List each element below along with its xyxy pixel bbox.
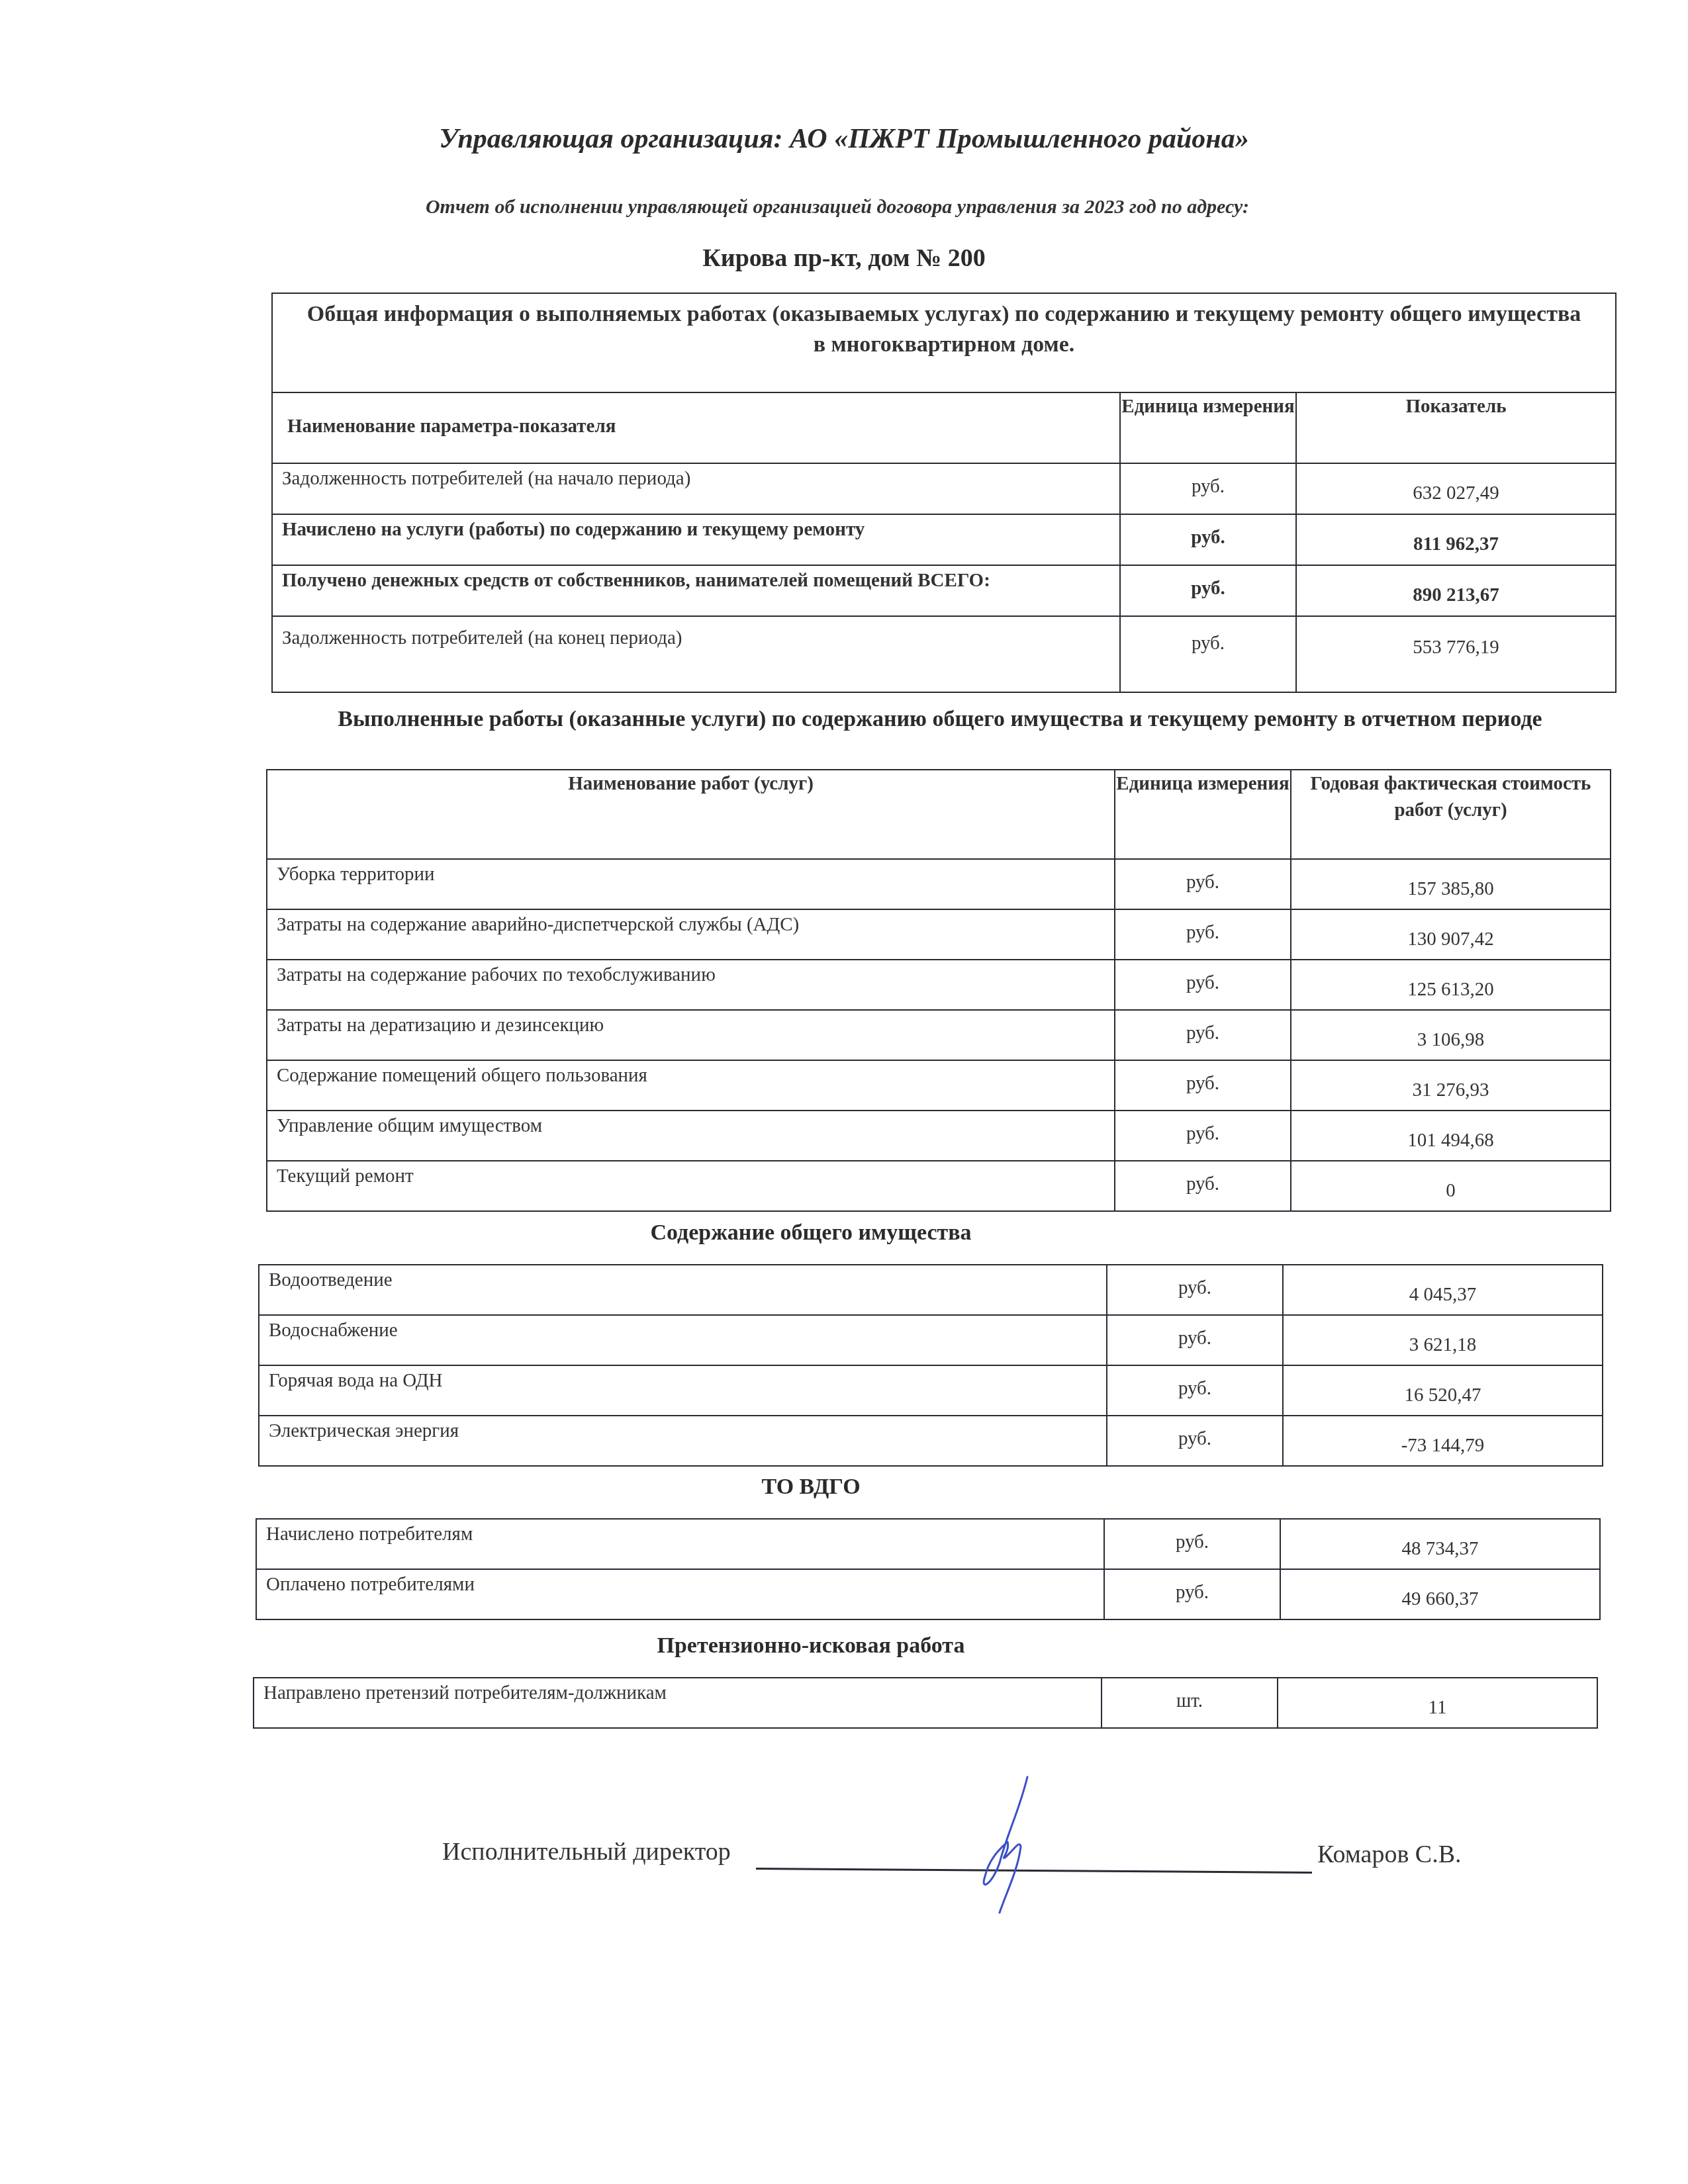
- row-value: 49 660,37: [1280, 1569, 1600, 1619]
- row-unit: руб.: [1115, 1111, 1291, 1161]
- row-name: Горячая вода на ОДН: [259, 1365, 1107, 1416]
- row-name: Текущий ремонт: [267, 1161, 1115, 1211]
- row-unit: руб.: [1107, 1265, 1283, 1315]
- row-value: 16 520,47: [1283, 1365, 1603, 1416]
- common-property-heading: Содержание общего имущества: [0, 1218, 1655, 1248]
- address: Кирова пр-кт, дом № 200: [0, 244, 1688, 273]
- row-name: Начислено на услуги (работы) по содержан…: [272, 514, 1120, 565]
- row-value: 3 621,18: [1283, 1315, 1603, 1365]
- row-name: Начислено потребителям: [256, 1519, 1104, 1569]
- claims-table: Направлено претензий потребителям-должни…: [253, 1677, 1598, 1729]
- general-info-table: Общая информация о выполняемых работах (…: [271, 293, 1617, 693]
- signatory-position: Исполнительный директор: [442, 1837, 731, 1866]
- claims-heading: Претензионно-исковая работа: [0, 1631, 1655, 1661]
- row-unit: руб.: [1115, 960, 1291, 1010]
- handwritten-signature-icon: [953, 1770, 1059, 1916]
- table-row: Уборка территории руб. 157 385,80: [267, 859, 1611, 909]
- table-row: Управление общим имуществом руб. 101 494…: [267, 1111, 1611, 1161]
- table-row: Затраты на содержание аварийно-диспетчер…: [267, 909, 1611, 960]
- column-header-parameter: Наименование параметра-показателя: [272, 392, 1120, 463]
- row-unit: руб.: [1115, 859, 1291, 909]
- row-unit: руб.: [1107, 1365, 1283, 1416]
- row-value: 48 734,37: [1280, 1519, 1600, 1569]
- row-name: Затраты на дератизацию и дезинсекцию: [267, 1010, 1115, 1060]
- vdgo-table: Начислено потребителям руб. 48 734,37 Оп…: [256, 1518, 1601, 1620]
- table-row: Электрическая энергия руб. -73 144,79: [259, 1416, 1603, 1466]
- row-name: Содержание помещений общего пользования: [267, 1060, 1115, 1111]
- row-value: 101 494,68: [1291, 1111, 1611, 1161]
- works-heading: Выполненные работы (оказанные услуги) по…: [311, 704, 1569, 735]
- column-header-unit: Единица измерения: [1115, 770, 1291, 859]
- row-value: 890 213,67: [1296, 565, 1616, 616]
- row-value: 31 276,93: [1291, 1060, 1611, 1111]
- row-unit: шт.: [1102, 1678, 1278, 1728]
- row-name: Задолженность потребителей (на конец пер…: [272, 616, 1120, 692]
- table-row: Задолженность потребителей (на начало пе…: [272, 463, 1616, 514]
- row-unit: руб.: [1120, 463, 1296, 514]
- column-header-indicator: Показатель: [1296, 392, 1616, 463]
- row-value: 130 907,42: [1291, 909, 1611, 960]
- row-name: Оплачено потребителями: [256, 1569, 1104, 1619]
- row-value: 4 045,37: [1283, 1265, 1603, 1315]
- column-header-annual-cost: Годовая фактическая стоимость работ (усл…: [1291, 770, 1611, 859]
- table-row: Текущий ремонт руб. 0: [267, 1161, 1611, 1211]
- works-heading-text: Выполненные работы (оказанные услуги) по…: [338, 707, 1542, 731]
- row-value: 632 027,49: [1296, 463, 1616, 514]
- row-name: Затраты на содержание аварийно-диспетчер…: [267, 909, 1115, 960]
- common-property-table: Водоотведение руб. 4 045,37 Водоснабжени…: [258, 1264, 1603, 1467]
- row-value: 0: [1291, 1161, 1611, 1211]
- table-row: Начислено на услуги (работы) по содержан…: [272, 514, 1616, 565]
- row-value: 811 962,37: [1296, 514, 1616, 565]
- table-row: Направлено претензий потребителям-должни…: [254, 1678, 1597, 1728]
- row-value: 553 776,19: [1296, 616, 1616, 692]
- table-row: Начислено потребителям руб. 48 734,37: [256, 1519, 1600, 1569]
- column-header-unit: Единица измерения: [1120, 392, 1296, 463]
- row-unit: руб.: [1104, 1569, 1280, 1619]
- table-row: Содержание помещений общего пользования …: [267, 1060, 1611, 1111]
- table-row: Оплачено потребителями руб. 49 660,37: [256, 1569, 1600, 1619]
- row-name: Электрическая энергия: [259, 1416, 1107, 1466]
- table-row: Горячая вода на ОДН руб. 16 520,47: [259, 1365, 1603, 1416]
- table-row: Получено денежных средств от собственник…: [272, 565, 1616, 616]
- row-unit: руб.: [1120, 514, 1296, 565]
- document-page: Управляющая организация: АО «ПЖРТ Промыш…: [0, 0, 1688, 2184]
- table-row: Водоснабжение руб. 3 621,18: [259, 1315, 1603, 1365]
- row-unit: руб.: [1115, 1161, 1291, 1211]
- row-value: 157 385,80: [1291, 859, 1611, 909]
- table-row: Задолженность потребителей (на конец пер…: [272, 616, 1616, 692]
- column-header-work-name: Наименование работ (услуг): [267, 770, 1115, 859]
- row-unit: руб.: [1115, 1060, 1291, 1111]
- org-title: Управляющая организация: АО «ПЖРТ Промыш…: [0, 123, 1688, 155]
- row-value: 3 106,98: [1291, 1010, 1611, 1060]
- row-value: -73 144,79: [1283, 1416, 1603, 1466]
- table-row: Затраты на дератизацию и дезинсекцию руб…: [267, 1010, 1611, 1060]
- row-name: Водоснабжение: [259, 1315, 1107, 1365]
- report-subtitle: Отчет об исполнении управляющей организа…: [0, 196, 1675, 218]
- row-unit: руб.: [1120, 565, 1296, 616]
- general-info-title: Общая информация о выполняемых работах (…: [272, 293, 1616, 392]
- row-unit: руб.: [1115, 909, 1291, 960]
- table-row: Затраты на содержание рабочих по техобсл…: [267, 960, 1611, 1010]
- signatory-name: Комаров С.В.: [1317, 1840, 1462, 1869]
- row-name: Водоотведение: [259, 1265, 1107, 1315]
- row-name: Уборка территории: [267, 859, 1115, 909]
- row-name: Задолженность потребителей (на начало пе…: [272, 463, 1120, 514]
- row-unit: руб.: [1120, 616, 1296, 692]
- row-unit: руб.: [1115, 1010, 1291, 1060]
- row-name: Получено денежных средств от собственник…: [272, 565, 1120, 616]
- table-row: Водоотведение руб. 4 045,37: [259, 1265, 1603, 1315]
- row-name: Направлено претензий потребителям-должни…: [254, 1678, 1102, 1728]
- row-unit: руб.: [1104, 1519, 1280, 1569]
- row-name: Управление общим имуществом: [267, 1111, 1115, 1161]
- works-table: Наименование работ (услуг) Единица измер…: [266, 769, 1611, 1212]
- vdgo-heading: ТО ВДГО: [0, 1472, 1655, 1502]
- row-value: 11: [1278, 1678, 1597, 1728]
- row-unit: руб.: [1107, 1315, 1283, 1365]
- row-unit: руб.: [1107, 1416, 1283, 1466]
- row-name: Затраты на содержание рабочих по техобсл…: [267, 960, 1115, 1010]
- row-value: 125 613,20: [1291, 960, 1611, 1010]
